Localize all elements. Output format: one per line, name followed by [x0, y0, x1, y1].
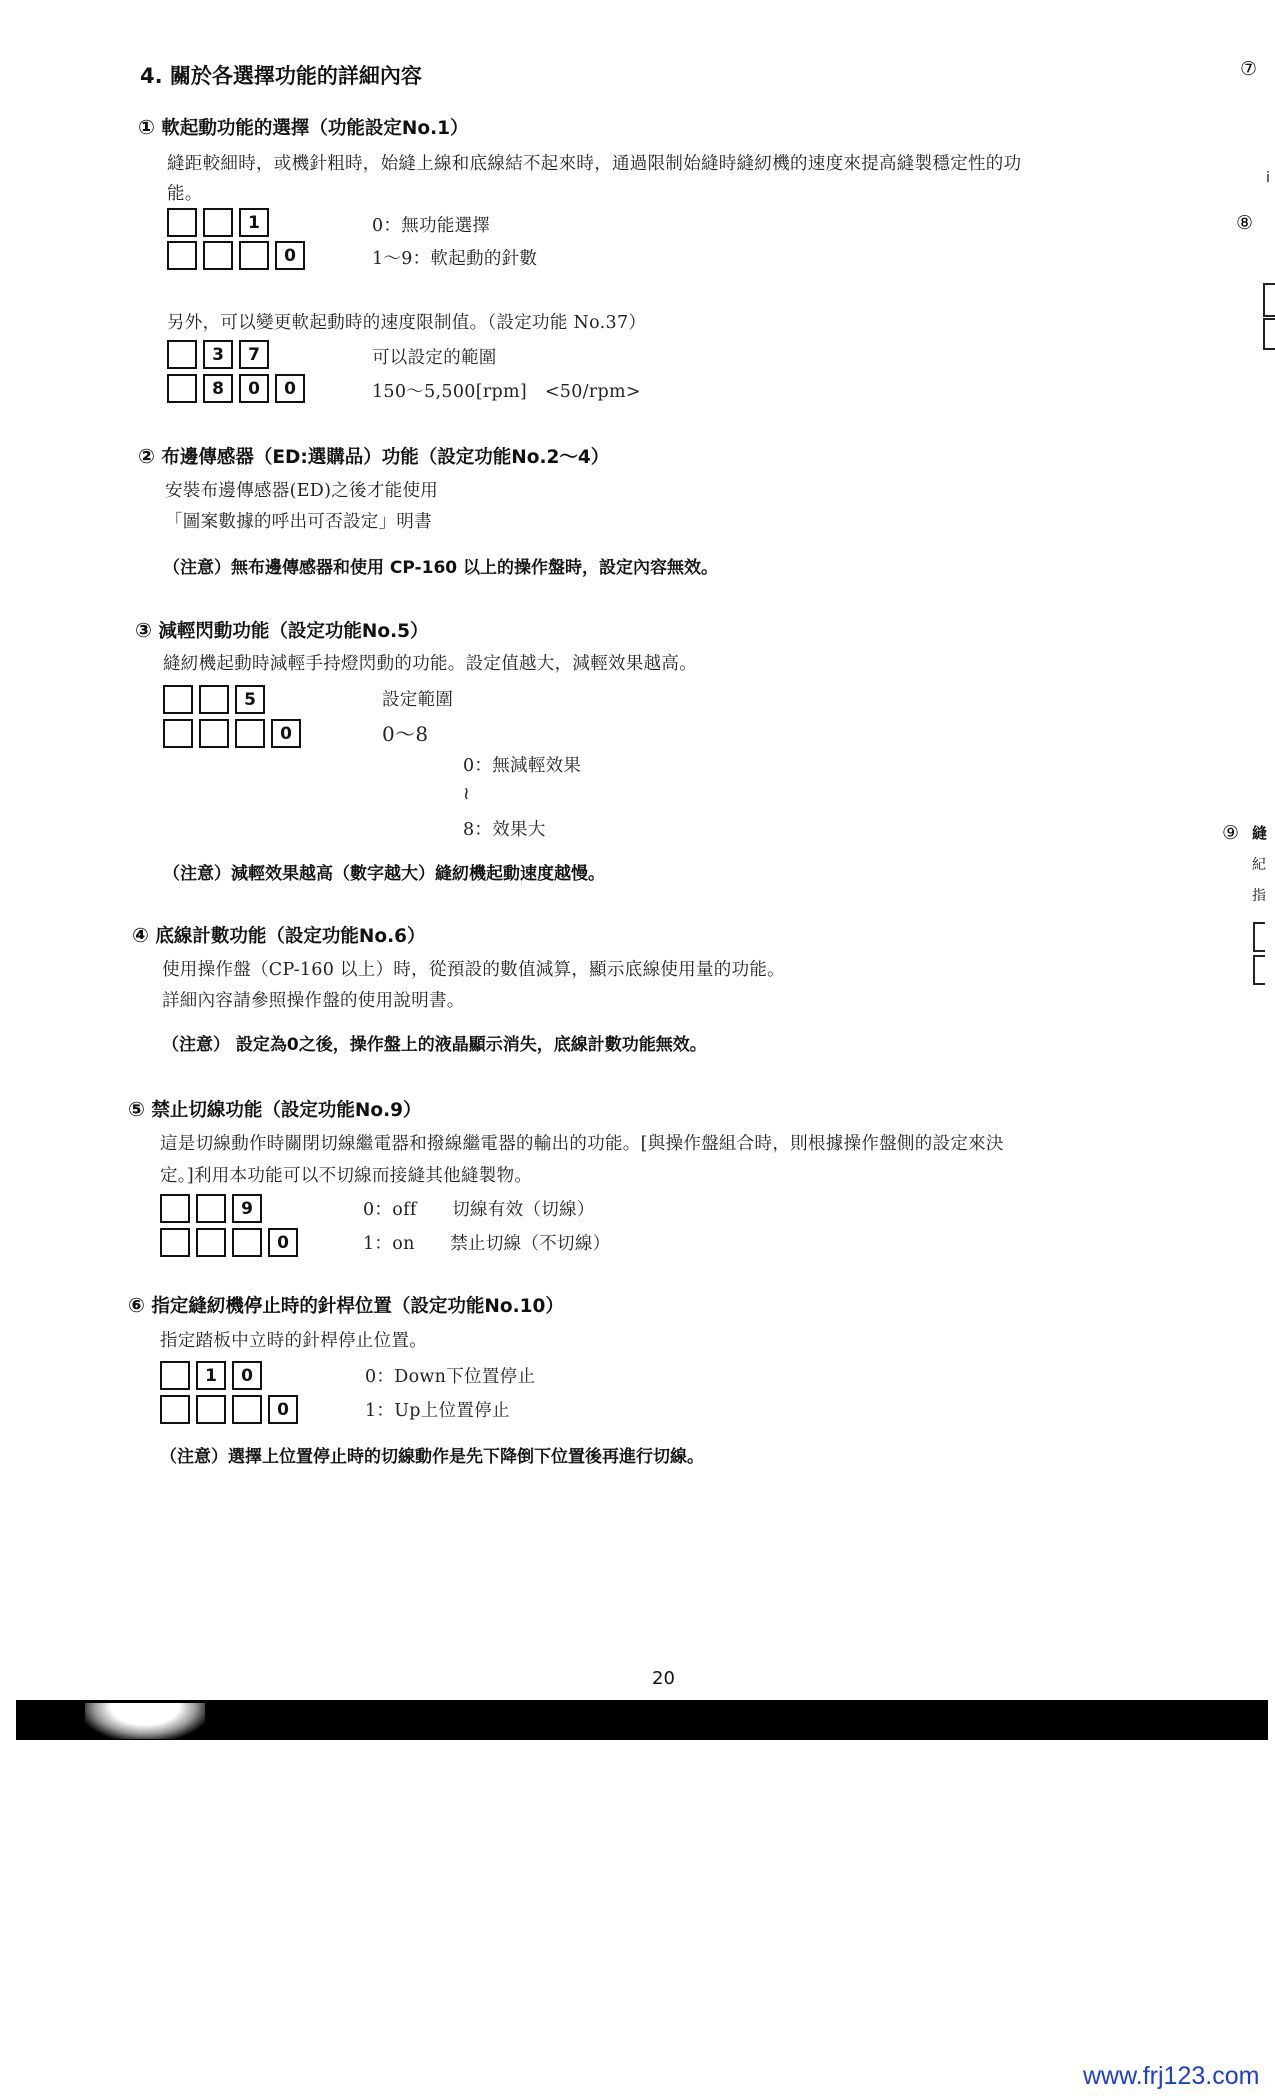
- key-box: 0: [275, 241, 305, 270]
- key-box: [196, 1194, 226, 1223]
- section-1-intro: 另外，可以變更軟起動時的速度限制值。（設定功能 No.37）: [167, 309, 646, 334]
- option-label: 1：Up上位置停止: [365, 1397, 510, 1422]
- section-number: ③: [135, 618, 152, 642]
- setting-value-keypad: 0: [160, 1228, 298, 1257]
- key-box: 0: [268, 1228, 298, 1257]
- key-box: [167, 208, 197, 237]
- page-number: 20: [652, 1668, 675, 1689]
- section-number: ⑥: [128, 1293, 145, 1317]
- function-number-keypad: 3 7: [167, 340, 269, 369]
- scan-artifact: [85, 1703, 205, 1739]
- option-label: 1～9：軟起動的針數: [372, 245, 537, 270]
- section-4-body-line: 使用操作盤（CP-160 以上）時，從預設的數值減算，顯示底線使用量的功能。: [162, 956, 785, 981]
- option-label: 0～8: [382, 718, 428, 747]
- range-item: 8：效果大: [463, 816, 546, 841]
- section-6-body-line: 指定踏板中立時的針桿停止位置。: [160, 1327, 427, 1352]
- section-1-body-line: 縫距較細時，或機針粗時，始縫上線和底線結不起來時，通過限制始縫時縫紉機的速度來提…: [167, 150, 1021, 175]
- option-label: 0：Down下位置停止: [365, 1363, 535, 1388]
- key-box: [163, 719, 193, 748]
- section-number: ④: [132, 923, 149, 947]
- key-box: [167, 241, 197, 270]
- key-box: [235, 719, 265, 748]
- key-box: [203, 208, 233, 237]
- section-number: ②: [138, 444, 155, 468]
- edge-keypad-fragment: [1263, 283, 1275, 317]
- key-box: 5: [235, 685, 265, 714]
- section-number: ①: [138, 115, 155, 139]
- section-number: ⑤: [128, 1097, 145, 1121]
- setting-value-keypad: 0: [167, 241, 305, 270]
- option-label: 設定範圍: [382, 686, 453, 711]
- section-4-heading: ④ 底線計數功能（設定功能No.6）: [132, 922, 426, 948]
- function-number-keypad: 9: [160, 1194, 262, 1223]
- section-5-body-line: 定。]利用本功能可以不切線而接縫其他縫製物。: [160, 1162, 532, 1187]
- key-box: [239, 241, 269, 270]
- section-2-heading: ② 布邊傳感器（ED:選購品）功能（設定功能No.2～4）: [138, 443, 609, 469]
- key-box: [160, 1395, 190, 1424]
- section-2-body-line: 安裝布邊傳感器(ED)之後才能使用: [165, 477, 438, 502]
- option-label: 1：on 禁止切線（不切線）: [363, 1230, 610, 1255]
- key-box: [163, 685, 193, 714]
- key-box: [199, 685, 229, 714]
- edge-fragment: i: [1266, 170, 1270, 186]
- edge-keypad-fragment: [1263, 318, 1275, 350]
- setting-value-keypad: 0: [163, 719, 301, 748]
- option-label: 150～5,500[rpm] <50/rpm>: [372, 378, 641, 403]
- section-3-body-line: 縫紉機起動時減輕手持燈閃動的功能。設定值越大，減輕效果越高。: [163, 650, 697, 675]
- section-5-body-line: 這是切線動作時關閉切線繼電器和撥線繼電器的輸出的功能。[與操作盤組合時，則根據操…: [160, 1130, 1004, 1155]
- function-number-keypad: 1 0: [160, 1361, 262, 1390]
- key-box: 1: [239, 208, 269, 237]
- edge-keypad-fragment: [1253, 922, 1265, 952]
- section-4-body-line: 詳細內容請參照操作盤的使用說明書。: [162, 987, 465, 1012]
- section-title: 布邊傳感器（ED:選購品）功能（設定功能No.2～4）: [161, 447, 609, 468]
- key-box: 0: [271, 719, 301, 748]
- key-box: [160, 1194, 190, 1223]
- function-number-keypad: 1: [167, 208, 269, 237]
- key-box: 7: [239, 340, 269, 369]
- section-9-marker: ⑨: [1222, 822, 1239, 844]
- key-box: 0: [275, 374, 305, 403]
- section-3-note: （注意）減輕效果越高（數字越大）縫紉機起動速度越慢。: [163, 859, 605, 884]
- setting-value-keypad: 8 0 0: [167, 374, 305, 403]
- section-3-heading: ③ 減輕閃動功能（設定功能No.5）: [135, 617, 429, 643]
- section-6-note: （注意）選擇上位置停止時的切線動作是先下降倒下位置後再進行切線。: [160, 1442, 704, 1467]
- key-box: 0: [239, 374, 269, 403]
- key-box: [232, 1228, 262, 1257]
- option-label: 0：off 切線有效（切線）: [363, 1196, 595, 1221]
- section-5-heading: ⑤ 禁止切線功能（設定功能No.9）: [128, 1096, 422, 1122]
- section-8-marker: ⑧: [1236, 212, 1253, 234]
- key-box: [167, 374, 197, 403]
- function-number-keypad: 5: [163, 685, 265, 714]
- key-box: [160, 1361, 190, 1390]
- watermark-link[interactable]: www.frj123.com: [1083, 2062, 1259, 2091]
- key-box: [196, 1228, 226, 1257]
- key-box: 9: [232, 1194, 262, 1223]
- key-box: [160, 1228, 190, 1257]
- key-box: 0: [232, 1361, 262, 1390]
- range-item: 0：無減輕效果: [463, 752, 581, 777]
- key-box: 3: [203, 340, 233, 369]
- section-7-marker: ⑦: [1240, 58, 1257, 80]
- section-1-heading: ① 軟起動功能的選擇（功能設定No.1）: [138, 114, 469, 140]
- option-label: 0：無功能選擇: [372, 212, 490, 237]
- key-box: [196, 1395, 226, 1424]
- section-title: 軟起動功能的選擇（功能設定No.1）: [161, 118, 468, 139]
- option-label: 可以設定的範圍: [372, 344, 497, 369]
- edge-fragment: 縫: [1252, 822, 1267, 843]
- key-box: [232, 1395, 262, 1424]
- key-box: 8: [203, 374, 233, 403]
- section-2-body-line: 「圖案數據的呼出可否設定」明書: [165, 508, 432, 533]
- key-box: 0: [268, 1395, 298, 1424]
- edge-keypad-fragment: [1253, 955, 1265, 985]
- range-item: ≀: [463, 784, 470, 804]
- key-box: 1: [196, 1361, 226, 1390]
- edge-fragment: 指: [1252, 885, 1266, 905]
- setting-value-keypad: 0: [160, 1395, 298, 1424]
- section-title: 底線計數功能（設定功能No.6）: [155, 926, 425, 947]
- section-title: 禁止切線功能（設定功能No.9）: [151, 1100, 421, 1121]
- section-2-note: （注意）無布邊傳感器和使用 CP-160 以上的操作盤時，設定內容無效。: [163, 553, 718, 578]
- key-box: [167, 340, 197, 369]
- section-4-note: （注意） 設定為0之後，操作盤上的液晶顯示消失，底線計數功能無效。: [162, 1030, 707, 1055]
- section-title: 減輕閃動功能（設定功能No.5）: [158, 621, 428, 642]
- section-title: 指定縫紉機停止時的針桿位置（設定功能No.10）: [151, 1296, 563, 1317]
- page-title: 4. 關於各選擇功能的詳細內容: [140, 60, 422, 90]
- section-6-heading: ⑥ 指定縫紉機停止時的針桿位置（設定功能No.10）: [128, 1292, 564, 1318]
- key-box: [203, 241, 233, 270]
- key-box: [199, 719, 229, 748]
- section-1-body-line: 能。: [167, 180, 203, 205]
- edge-fragment: 紀: [1252, 854, 1266, 874]
